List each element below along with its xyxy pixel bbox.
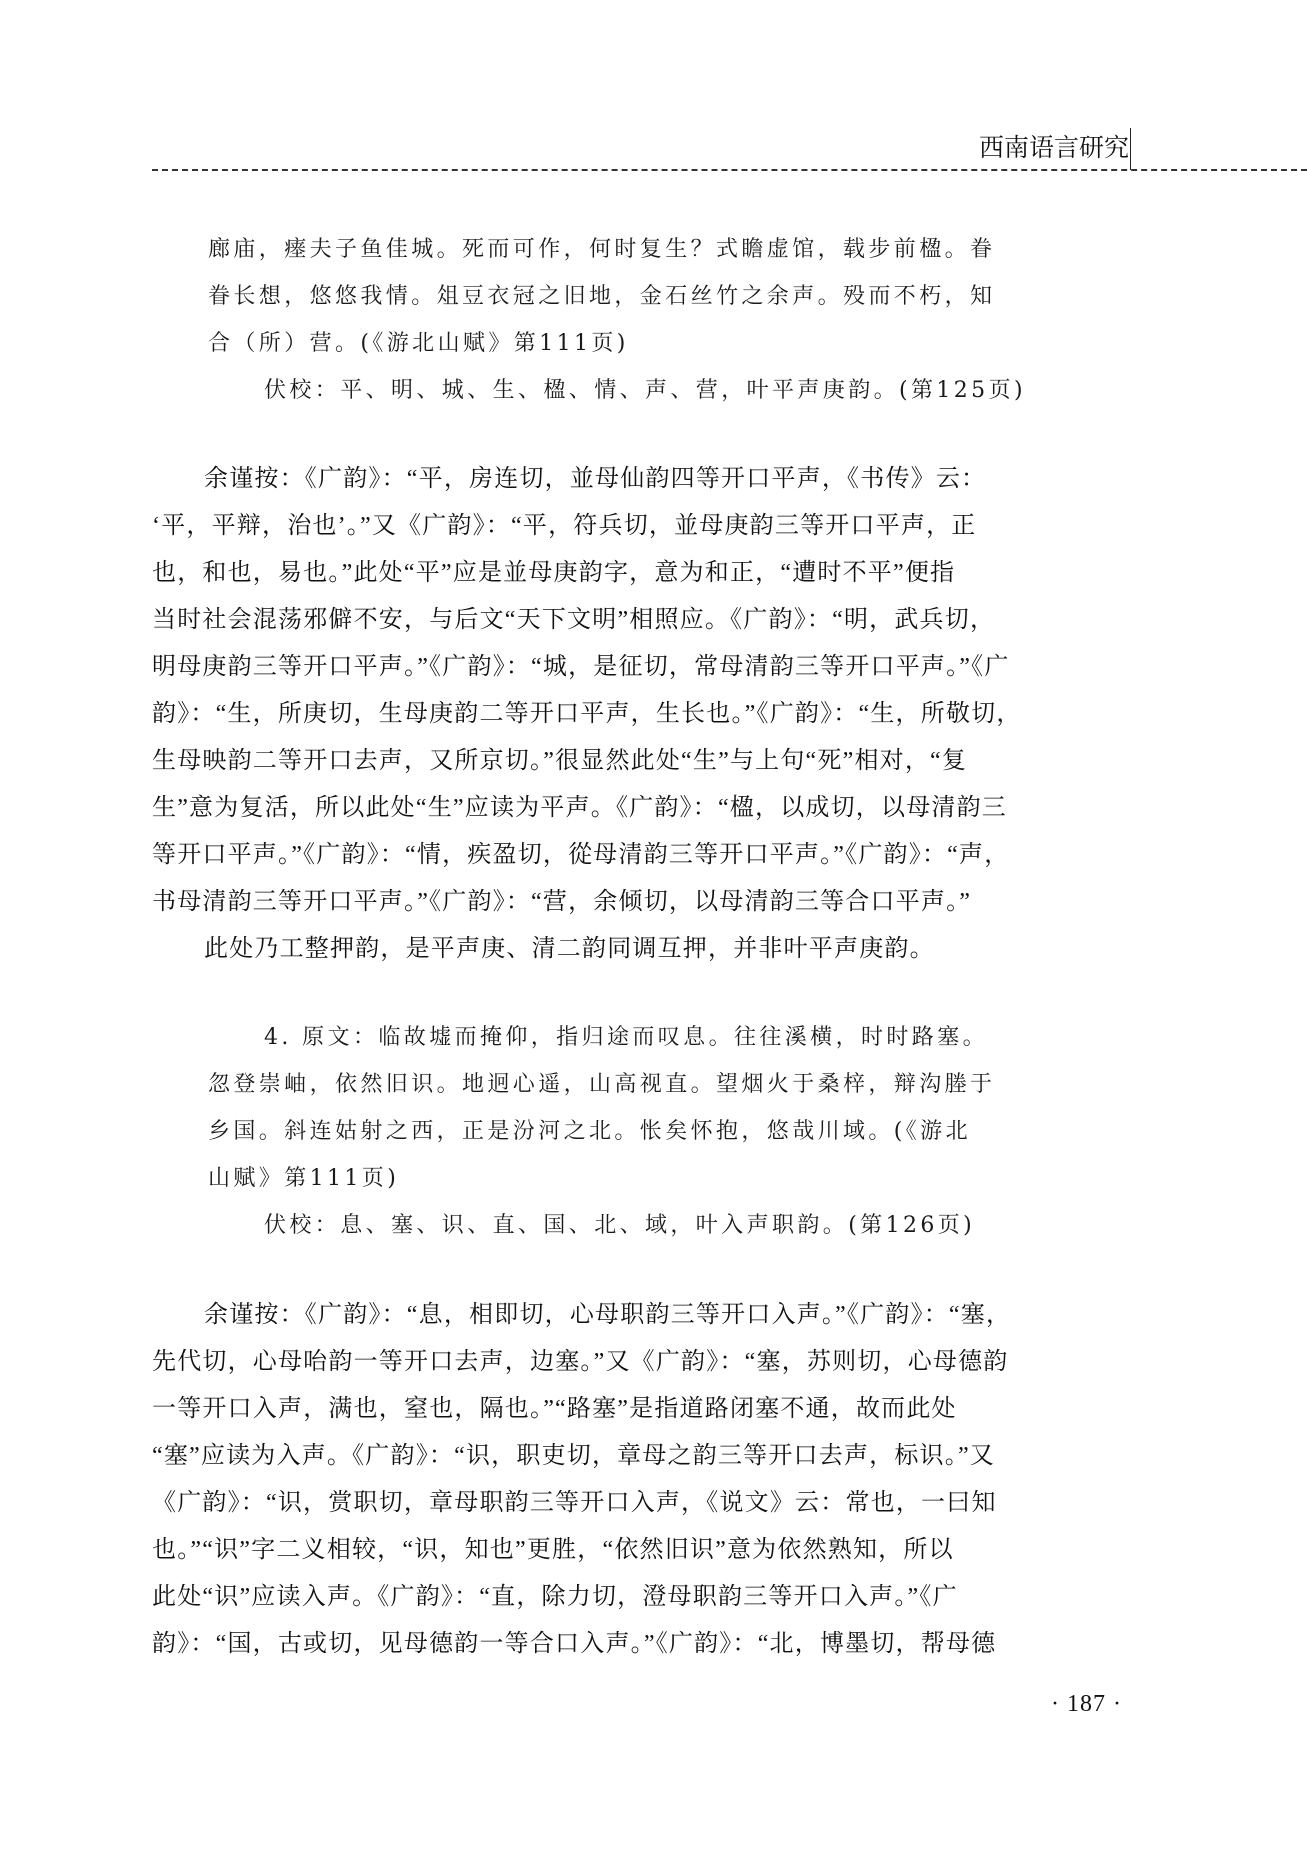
collation-note: 伏校：平、明、城、生、楹、情、声、营，叶平声庚韵。(第125页)	[208, 367, 1026, 414]
paragraph-line: 余谨按：《广韵》：“平，房连切，並母仙韵四等开口平声，《书传》云：	[152, 456, 1022, 503]
paragraph-line: 书母清韵三等开口平声。”《广韵》：“营，余倾切，以母清韵三等合口平声。”	[152, 879, 1022, 926]
paragraph-line: 一等开口入声，满也，窒也，隔也。”“路塞”是指道路闭塞不通，故而此处	[152, 1386, 1011, 1433]
paragraph-line: 生母映韵二等开口去声，又所京切。”很显然此处“生”与上句“死”相对，“复	[152, 738, 1022, 785]
collation-note: 伏校：息、塞、识、直、国、北、域，叶入声职韵。(第126页)	[208, 1202, 995, 1249]
paragraph-line: “塞”应读为入声。《广韵》：“识，职吏切，章母之韵三等开口去声，标识。”又	[152, 1433, 1011, 1480]
paragraph-line: 韵》：“生，所庚切，生母庚韵二等开口平声，生长也。”《广韵》：“生，所敬切，	[152, 691, 1022, 738]
paragraph-line: 明母庚韵三等开口平声。”《广韵》：“城，是征切，常母清韵三等开口平声。”《广	[152, 644, 1022, 691]
paragraph-line: ‘平，平辩，治也’。”又《广韵》：“平，符兵切，並母庚韵三等开口平声，正	[152, 503, 1022, 550]
quote-line: 4. 原文：临故墟而掩仰，指归途而叹息。往往溪横，时时路塞。	[208, 1014, 995, 1061]
quotation-block-3: 廊庙，瘗夫子鱼佳城。死而可作，何时复生？式瞻虚馆，载步前楹。眷 眷长想，悠悠我情…	[208, 226, 1026, 414]
quote-line: 乡国。斜连姑射之西，正是汾河之北。怅矣怀抱，悠哉川域。(《游北	[208, 1108, 995, 1155]
paragraph-line: 先代切，心母咍韵一等开口去声，边塞。”又《广韵》：“塞，苏则切，心母德韵	[152, 1339, 1011, 1386]
header-dashed-rule	[152, 169, 1307, 171]
quote-line: 廊庙，瘗夫子鱼佳城。死而可作，何时复生？式瞻虚馆，载步前楹。眷	[208, 226, 1026, 273]
commentary-block-4: 余谨按：《广韵》：“息，相即切，心母职韵三等开口入声。”《广韵》：“塞， 先代切…	[152, 1292, 1011, 1668]
quote-line: 山赋》第111页)	[208, 1155, 995, 1202]
running-header: 西南语言研究	[0, 0, 1307, 175]
paragraph-line: 余谨按：《广韵》：“息，相即切，心母职韵三等开口入声。”《广韵》：“塞，	[152, 1292, 1011, 1339]
paragraph-line: 也，和也，易也。”此处“平”应是並母庚韵字，意为和正，“遭时不平”便指	[152, 550, 1022, 597]
paragraph-line: 韵》：“国，古或切，见母德韵一等合口入声。”《广韵》：“北，博墨切，帮母德	[152, 1621, 1011, 1668]
quotation-block-4: 4. 原文：临故墟而掩仰，指归途而叹息。往往溪横，时时路塞。 忽登崇岫，依然旧识…	[208, 1014, 995, 1249]
page-number: · 187 ·	[1051, 1691, 1122, 1718]
paragraph-line: 也。”“识”字二义相较，“识，知也”更胜，“依然旧识”意为依然熟知，所以	[152, 1527, 1011, 1574]
paragraph-line: 等开口平声。”《广韵》：“情，疾盈切，從母清韵三等开口平声。”《广韵》：“声，	[152, 832, 1022, 879]
commentary-block-3: 余谨按：《广韵》：“平，房连切，並母仙韵四等开口平声，《书传》云： ‘平，平辩，…	[152, 456, 1022, 973]
paragraph-line: 《广韵》：“识，赏职切，章母职韵三等开口入声，《说文》云：常也，一曰知	[152, 1480, 1011, 1527]
paragraph-line: 当时社会混荡邪僻不安，与后文“天下文明”相照应。《广韵》：“明，武兵切，	[152, 597, 1022, 644]
quote-line: 眷长想，悠悠我情。俎豆衣冠之旧地，金石丝竹之余声。殁而不朽，知	[208, 273, 1026, 320]
paragraph-line: 此处“识”应读入声。《广韵》：“直，除力切，澄母职韵三等开口入声。”《广	[152, 1574, 1011, 1621]
quote-line: 合（所）营。(《游北山赋》第111页)	[208, 320, 1026, 367]
journal-title: 西南语言研究	[979, 132, 1129, 164]
quote-line: 忽登崇岫，依然旧识。地迥心遥，山高视直。望烟火于桑梓，辩沟塍于	[208, 1061, 995, 1108]
conclusion-line: 此处乃工整押韵，是平声庚、清二韵同调互押，并非叶平声庚韵。	[152, 926, 1022, 973]
paragraph-line: 生”意为复活，所以此处“生”应读为平声。《广韵》：“楹，以成切，以母清韵三	[152, 785, 1022, 832]
header-vertical-rule	[1130, 128, 1131, 170]
